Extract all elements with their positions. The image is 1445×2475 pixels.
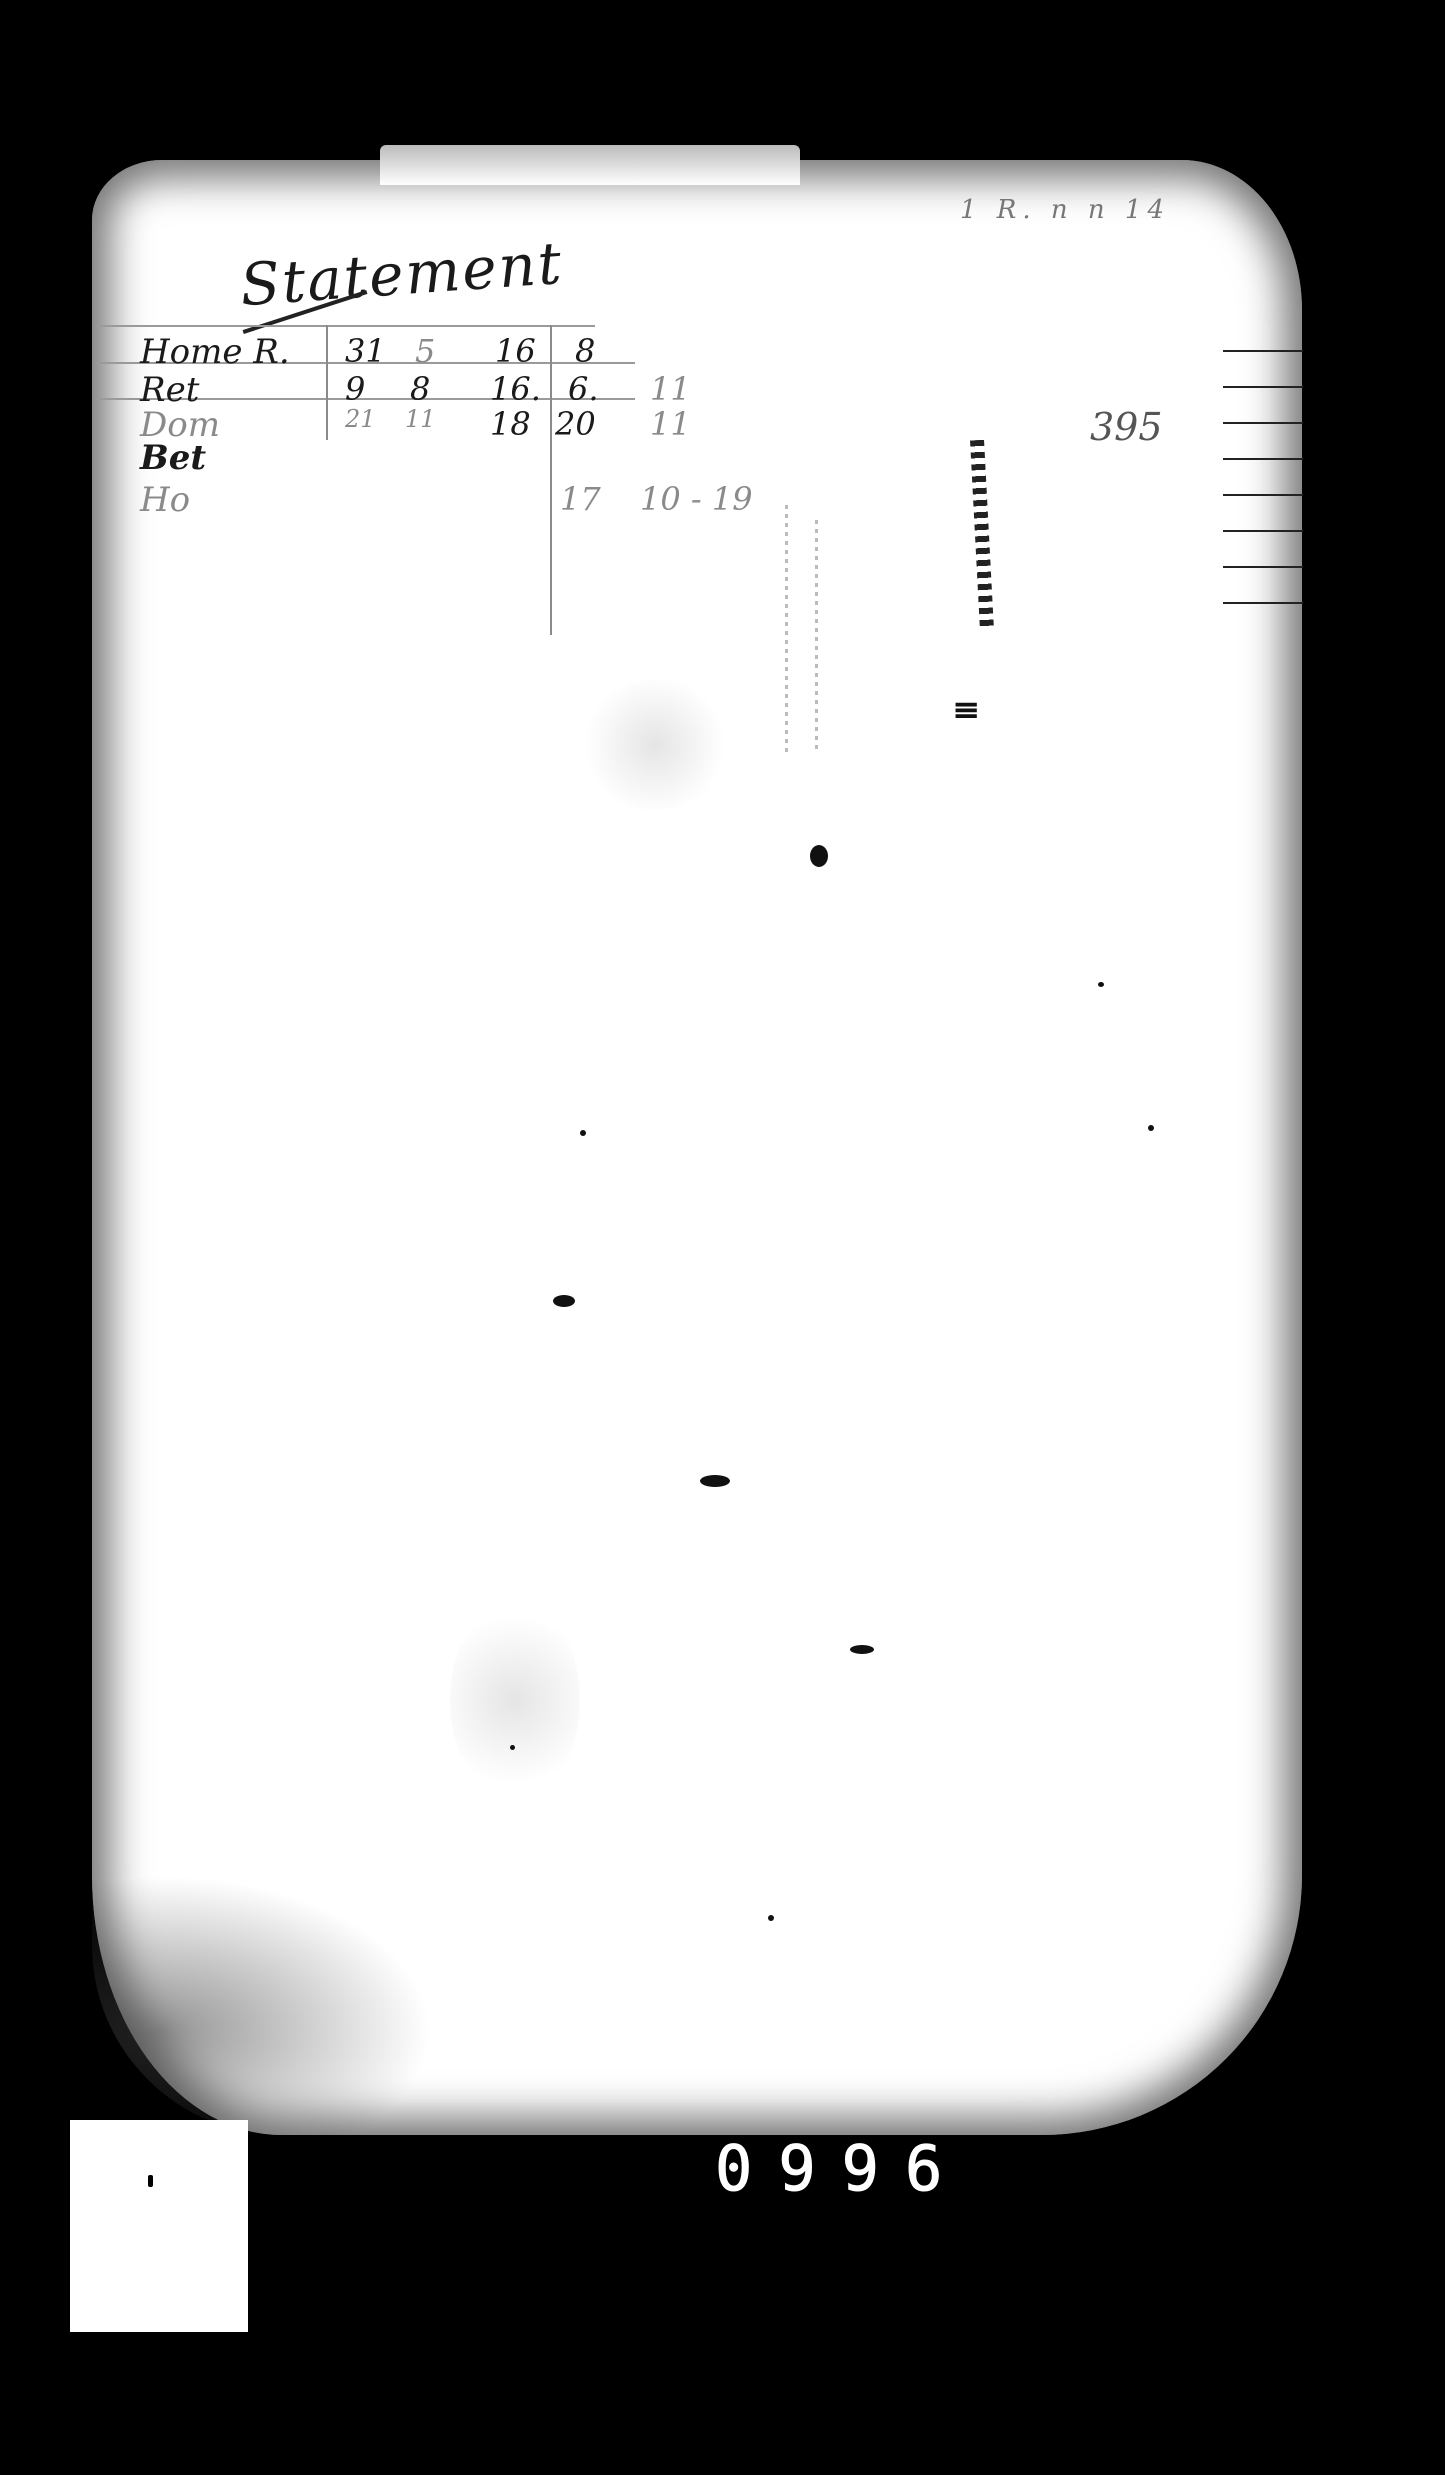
calibration-target <box>70 2120 248 2332</box>
ink-spot <box>580 1130 586 1136</box>
ink-spot <box>1098 982 1104 987</box>
cell: 8 <box>410 370 430 408</box>
ink-spot <box>810 845 828 867</box>
row-label: Ho <box>140 480 190 520</box>
cell: 17 <box>560 480 601 518</box>
ledger-column-rule <box>550 325 552 635</box>
cell: 31 <box>345 332 386 370</box>
cell: 11 <box>650 405 691 443</box>
frame-number-text: 0996 <box>715 2132 968 2205</box>
ink-spot <box>850 1645 874 1654</box>
ink-spot <box>510 1745 515 1750</box>
paper-tear <box>380 145 800 185</box>
cell: 11 <box>405 405 436 433</box>
ink-spot <box>768 1915 774 1921</box>
cell: 5 <box>415 332 435 370</box>
row-label: Home R. <box>140 332 290 372</box>
smudge <box>580 680 730 810</box>
cell: 9 <box>345 370 365 408</box>
target-mark <box>148 2175 153 2187</box>
corner-note: 1 R. n n 14 <box>960 195 1170 225</box>
smudge <box>450 1600 580 1800</box>
ink-mark: ≡ <box>952 690 981 730</box>
cell: 18 <box>490 405 531 443</box>
edge-ruler-ticks <box>1223 320 1303 630</box>
frame-number: 0996 <box>715 2132 968 2205</box>
side-note: 395 <box>1090 405 1163 449</box>
ink-spot <box>553 1295 575 1307</box>
ledger-column-rule <box>326 325 328 440</box>
ink-spot <box>1148 1125 1154 1131</box>
cell: 8 <box>575 332 595 370</box>
cell: 21 <box>345 405 376 433</box>
row-label: Ret <box>140 370 199 410</box>
ledger-rule <box>95 325 595 327</box>
ink-spot <box>700 1475 730 1487</box>
faint-mark <box>785 505 788 755</box>
cell: 11 <box>650 370 691 408</box>
faint-mark <box>815 520 818 750</box>
row-label: Bet <box>140 438 206 478</box>
document-page <box>92 160 1302 2135</box>
cell: 16. <box>490 370 541 408</box>
cell: 10 - 19 <box>640 480 753 518</box>
cell: 16 <box>495 332 536 370</box>
cell: 6. <box>568 370 599 408</box>
cell: 20 <box>555 405 596 443</box>
